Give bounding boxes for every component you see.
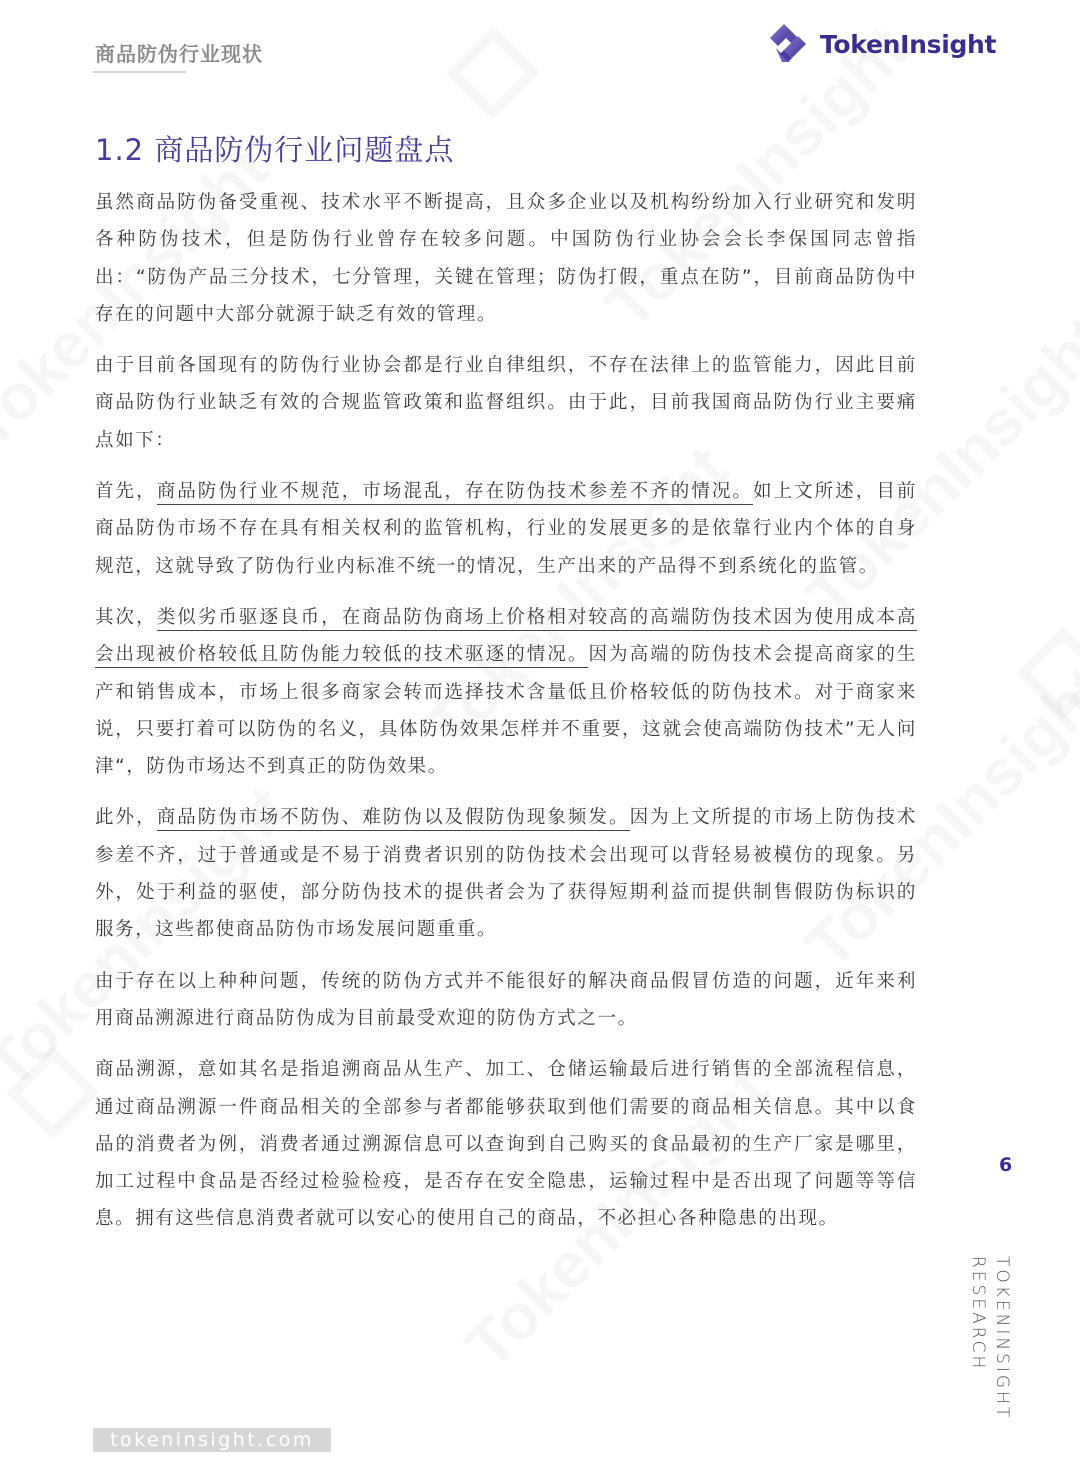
paragraph: 虽然商品防伪备受重视、技术水平不断提高，且众多企业以及机构纷纷加入行业研究和发明…	[95, 184, 917, 333]
header-divider	[93, 71, 186, 73]
header-section-label: 商品防伪行业现状	[95, 38, 263, 67]
side-brand-line1: TOKENINSIGHT	[992, 1256, 1012, 1420]
page-number: 6	[999, 1154, 1012, 1176]
watermark-logo-mark	[1016, 626, 1080, 719]
brand-logo: TokenInsight	[768, 22, 996, 66]
paragraph: 其次，类似劣币驱逐良币，在商品防伪商场上价格相对较高的高端防伪技术因为使用成本高…	[95, 599, 917, 785]
underlined-key-point: 商品防伪市场不防伪、难防伪以及假防伪现象频发。	[157, 807, 630, 831]
brand-name: TokenInsight	[820, 30, 996, 59]
tokeninsight-logo-icon	[768, 22, 814, 66]
footer-website-link[interactable]: tokeninsight.com	[93, 1428, 331, 1452]
side-brand-line2: RESEARCH	[968, 1256, 988, 1371]
watermark-logo-mark	[6, 1046, 99, 1139]
paragraph-prefix: 此外，	[95, 807, 157, 828]
side-brand-label: TOKENINSIGHT RESEARCH	[966, 1256, 1014, 1420]
underlined-key-point: 商品防伪行业不规范，市场混乱，存在防伪技术参差不齐的情况。	[157, 481, 753, 505]
paragraph: 由于存在以上种种问题，传统的防伪方式并不能很好的解决商品假冒仿造的问题，近年来利…	[95, 963, 917, 1038]
paragraph: 商品溯源，意如其名是指追溯商品从生产、加工、仓储运输最后进行销售的全部流程信息，…	[95, 1051, 917, 1237]
paragraph-prefix: 首先，	[95, 481, 157, 502]
paragraph-prefix: 其次，	[95, 607, 157, 628]
watermark-logo-mark	[446, 26, 539, 119]
paragraph: 由于目前各国现有的防伪行业协会都是行业自律组织，不存在法律上的监管能力，因此目前…	[95, 347, 917, 459]
paragraph: 此外，商品防伪市场不防伪、难防伪以及假防伪现象频发。因为上文所提的市场上防伪技术…	[95, 799, 917, 948]
section-title: 1.2 商品防伪行业问题盘点	[95, 128, 454, 169]
article-body: 虽然商品防伪备受重视、技术水平不断提高，且众多企业以及机构纷纷加入行业研究和发明…	[95, 184, 917, 1252]
paragraph: 首先，商品防伪行业不规范，市场混乱，存在防伪技术参差不齐的情况。如上文所述，目前…	[95, 473, 917, 585]
